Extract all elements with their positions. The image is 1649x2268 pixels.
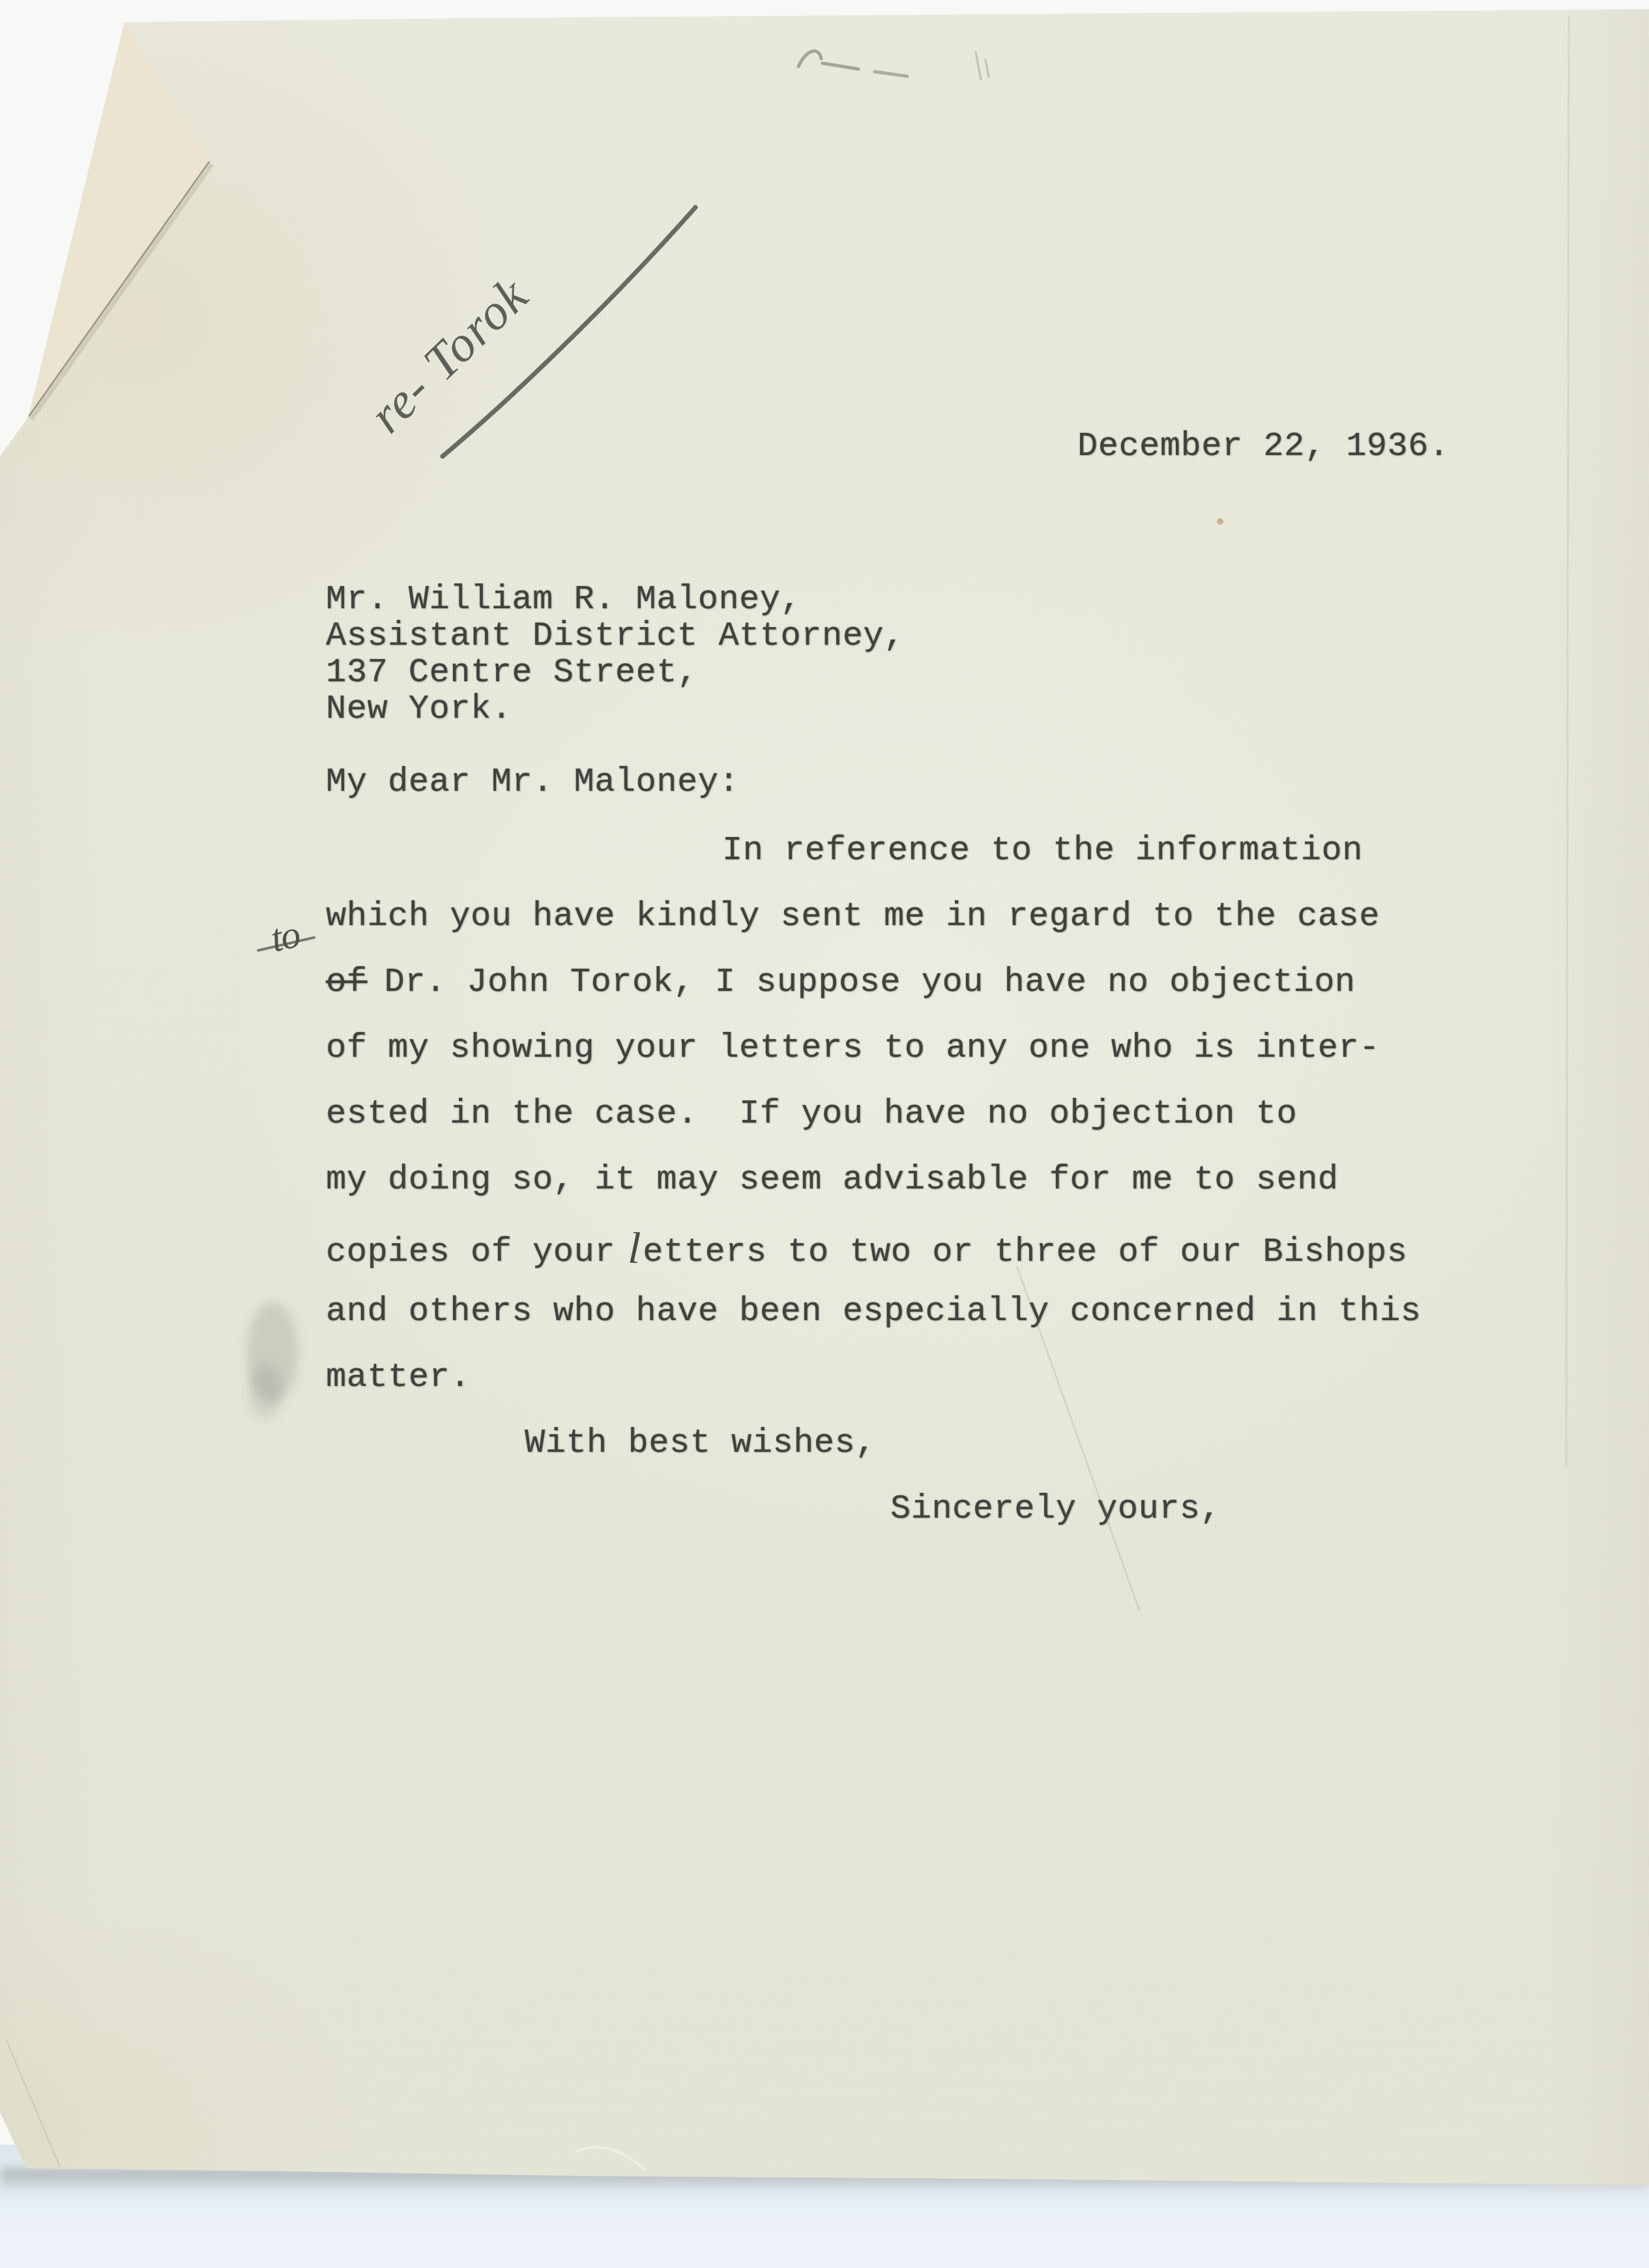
body-line-3-text: Dr. John Torok, I suppose you have no ob… bbox=[384, 963, 1355, 1001]
handwritten-correction-to: to bbox=[267, 911, 303, 961]
closing-line: With best wishes, bbox=[525, 1425, 876, 1462]
handwritten-letter-l: l bbox=[628, 1230, 641, 1267]
scanned-letter-document: December 22, 1936. Mr. William R. Malone… bbox=[0, 0, 1649, 2268]
letter-page: December 22, 1936. Mr. William R. Malone… bbox=[0, 0, 1649, 2268]
salutation: My dear Mr. Maloney: bbox=[326, 764, 739, 801]
body-line-9: matter. bbox=[326, 1359, 471, 1396]
recipient-street: 137 Centre Street, bbox=[326, 655, 698, 691]
body-line-6: my doing so, it may seem advisable for m… bbox=[326, 1162, 1339, 1198]
body-line-7-post: etters to two or three of our Bishops bbox=[643, 1233, 1407, 1271]
body-line-4: of my showing your letters to any one wh… bbox=[326, 1030, 1380, 1067]
body-line-8: and others who have been especially conc… bbox=[326, 1293, 1421, 1330]
recipient-title: Assistant District Attorney, bbox=[326, 618, 905, 655]
body-line-2: which you have kindly sent me in regard … bbox=[326, 898, 1380, 935]
body-line-7-pre: copies of your bbox=[326, 1233, 615, 1271]
body-line-1: In reference to the information bbox=[722, 832, 1363, 869]
date-line: December 22, 1936. bbox=[1077, 428, 1450, 465]
body-line-5: ested in the case. If you have no object… bbox=[326, 1096, 1297, 1132]
body-line-3: ofDr. John Torok, I suppose you have no … bbox=[326, 964, 1356, 1001]
recipient-name: Mr. William R. Maloney, bbox=[326, 582, 801, 618]
signoff-line: Sincerely yours, bbox=[890, 1491, 1221, 1527]
struck-word-of: of bbox=[326, 963, 367, 1001]
body-line-7: copies of yourletters to two or three of… bbox=[326, 1228, 1407, 1271]
recipient-city: New York. bbox=[326, 691, 512, 728]
